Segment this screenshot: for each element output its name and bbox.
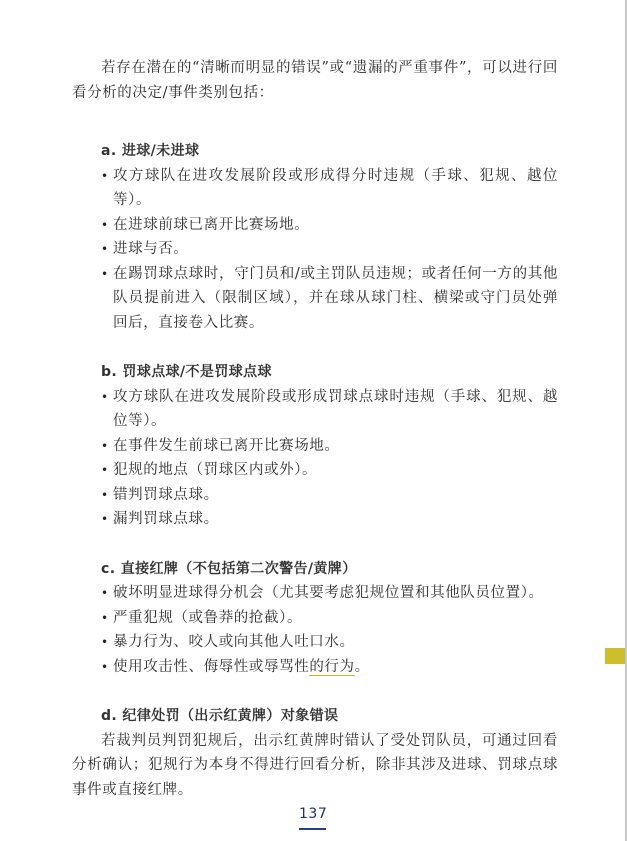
bullet-icon: •: [101, 262, 109, 287]
bullet-text: 破坏明显进球得分机会（尤其要考虑犯规位置和其他队员位置）。: [113, 581, 558, 606]
bullet-text: 错判罚球点球。: [113, 483, 558, 508]
bullet-text: 进球与否。: [113, 237, 558, 262]
chapter-side-tab: [605, 648, 625, 664]
list-item: • 暴力行为、咬人或向其他人吐口水。: [101, 630, 558, 655]
bullet-icon: •: [101, 458, 109, 483]
bullet-icon: •: [101, 434, 109, 459]
list-item: • 攻方球队在进攻发展阶段或形成罚球点球时违规（手球、犯规、越位等）。: [101, 385, 558, 434]
bullet-icon: •: [101, 237, 109, 262]
bullet-text: 漏判罚球点球。: [113, 507, 558, 532]
bullet-text-after: 。: [355, 659, 370, 675]
bullet-icon: •: [101, 655, 109, 680]
section-d: d. 纪律处罚（出示红黄牌）对象错误 若裁判员判罚犯规后，出示红黄牌时错认了受处…: [72, 704, 558, 802]
bullet-icon: •: [101, 213, 109, 238]
bullet-icon: •: [101, 581, 109, 606]
page-content: 若存在潜在的“清晰而明显的错误”或“遗漏的严重事件”，可以进行回看分析的决定/事…: [72, 56, 558, 802]
page-number-underline: [299, 828, 326, 830]
list-item: • 攻方球队在进攻发展阶段或形成得分时违规（手球、犯规、越位等）。: [101, 164, 558, 213]
list-item: • 在踢罚球点球时，守门员和/或主罚队员违规；或者任何一方的其他队员提前进入（限…: [101, 262, 558, 336]
bullet-text: 在进球前球已离开比赛场地。: [113, 213, 558, 238]
section-heading-c: c. 直接红牌（不包括第二次警告/黄牌）: [101, 557, 558, 582]
list-item: • 错判罚球点球。: [101, 483, 558, 508]
section-heading-d: d. 纪律处罚（出示红黄牌）对象错误: [101, 704, 558, 729]
bullet-text: 严重犯规（或鲁莽的抢截）。: [113, 606, 558, 631]
bullet-icon: •: [101, 483, 109, 508]
highlighted-text: 的行为: [309, 659, 354, 676]
list-item: • 犯规的地点（罚球区内或外）。: [101, 458, 558, 483]
intro-paragraph: 若存在潜在的“清晰而明显的错误”或“遗漏的严重事件”，可以进行回看分析的决定/事…: [72, 56, 558, 105]
bullet-list-b: • 攻方球队在进攻发展阶段或形成罚球点球时违规（手球、犯规、越位等）。 • 在事…: [101, 385, 558, 532]
bullet-icon: •: [101, 164, 109, 189]
list-item: • 使用攻击性、侮辱性或辱骂性的行为。: [101, 655, 558, 680]
bullet-text: 暴力行为、咬人或向其他人吐口水。: [113, 630, 558, 655]
list-item: • 在事件发生前球已离开比赛场地。: [101, 434, 558, 459]
bullet-list-c: • 破坏明显进球得分机会（尤其要考虑犯规位置和其他队员位置）。 • 严重犯规（或…: [101, 581, 558, 679]
bullet-list-a: • 攻方球队在进攻发展阶段或形成得分时违规（手球、犯规、越位等）。 • 在进球前…: [101, 164, 558, 336]
list-item: • 在进球前球已离开比赛场地。: [101, 213, 558, 238]
bullet-text: 在踢罚球点球时，守门员和/或主罚队员违规；或者任何一方的其他队员提前进入（限制区…: [113, 262, 558, 336]
section-d-paragraph: 若裁判员判罚犯规后，出示红黄牌时错认了受处罚队员，可通过回看分析确认；犯规行为本…: [72, 729, 558, 803]
bullet-text: 使用攻击性、侮辱性或辱骂性的行为。: [113, 655, 558, 680]
bullet-icon: •: [101, 385, 109, 410]
bullet-icon: •: [101, 630, 109, 655]
list-item: • 破坏明显进球得分机会（尤其要考虑犯规位置和其他队员位置）。: [101, 581, 558, 606]
bullet-text: 攻方球队在进攻发展阶段或形成得分时违规（手球、犯规、越位等）。: [113, 164, 558, 213]
bullet-text: 攻方球队在进攻发展阶段或形成罚球点球时违规（手球、犯规、越位等）。: [113, 385, 558, 434]
bullet-text: 在事件发生前球已离开比赛场地。: [113, 434, 558, 459]
bullet-text: 犯规的地点（罚球区内或外）。: [113, 458, 558, 483]
list-item: • 漏判罚球点球。: [101, 507, 558, 532]
section-c: c. 直接红牌（不包括第二次警告/黄牌） • 破坏明显进球得分机会（尤其要考虑犯…: [72, 557, 558, 680]
list-item: • 严重犯规（或鲁莽的抢截）。: [101, 606, 558, 631]
section-heading-a: a. 进球/未进球: [101, 139, 558, 164]
section-a: a. 进球/未进球 • 攻方球队在进攻发展阶段或形成得分时违规（手球、犯规、越位…: [72, 139, 558, 335]
bullet-icon: •: [101, 606, 109, 631]
page-number: 137: [299, 806, 327, 822]
list-item: • 进球与否。: [101, 237, 558, 262]
section-heading-b: b. 罚球点球/不是罚球点球: [101, 360, 558, 385]
bullet-text-before: 使用攻击性、侮辱性或辱骂性: [113, 659, 309, 675]
bullet-icon: •: [101, 507, 109, 532]
section-b: b. 罚球点球/不是罚球点球 • 攻方球队在进攻发展阶段或形成罚球点球时违规（手…: [72, 360, 558, 532]
